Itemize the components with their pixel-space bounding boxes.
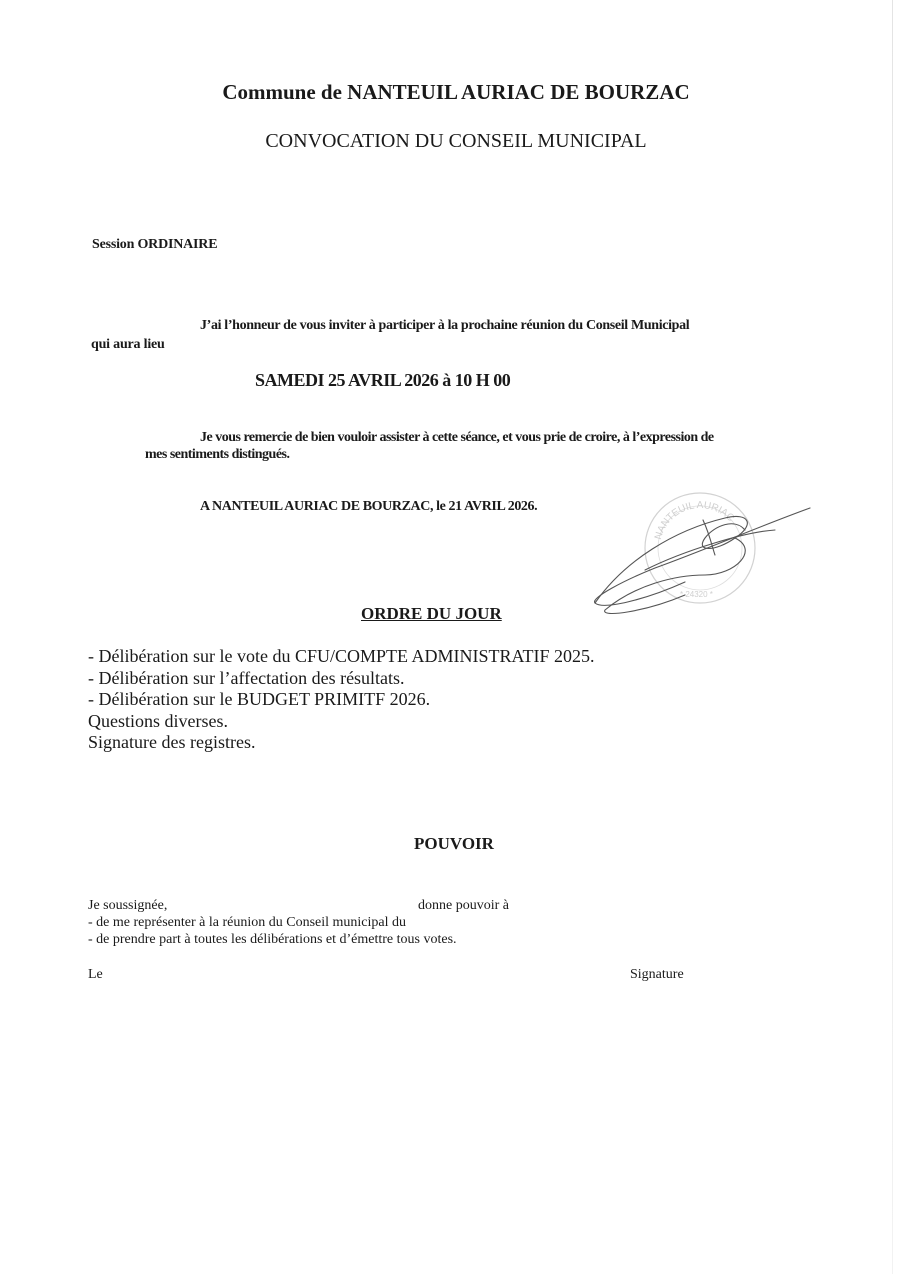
session-type: Session ORDINAIRE [92, 237, 217, 253]
svg-text:NANTEUIL AURIAC: NANTEUIL AURIAC [653, 500, 736, 541]
proxy-clause-2: - de prendre part à toutes les délibérat… [88, 932, 457, 948]
agenda-list: - Délibération sur le vote du CFU/COMPTE… [88, 646, 594, 754]
scan-edge-line [892, 0, 893, 1274]
proxy-signature-label: Signature [630, 967, 684, 983]
proxy-date-label: Le [88, 967, 103, 983]
document-title: CONVOCATION DU CONSEIL MUNICIPAL [0, 130, 900, 153]
agenda-item: - Délibération sur le BUDGET PRIMITF 202… [88, 689, 594, 711]
agenda-item: Questions diverses. [88, 711, 594, 733]
agenda-item: Signature des registres. [88, 732, 594, 754]
agenda-item: - Délibération sur le vote du CFU/COMPTE… [88, 646, 594, 668]
proxy-gives-power-label: donne pouvoir à [418, 898, 509, 914]
commune-heading: Commune de NANTEUIL AURIAC DE BOURZAC [0, 80, 900, 105]
proxy-title: POUVOIR [414, 834, 494, 854]
invitation-line-1: J’ai l’honneur de vous inviter à partici… [200, 318, 689, 334]
place-and-date: A NANTEUIL AURIAC DE BOURZAC, le 21 AVRI… [200, 499, 537, 515]
proxy-undersigned-label: Je soussignée, [88, 898, 167, 914]
closing-line-1: Je vous remercie de bien vouloir assiste… [200, 430, 714, 446]
signature-stamp-icon: NANTEUIL AURIAC * 24320 * [585, 490, 820, 625]
invitation-line-2: qui aura lieu [91, 337, 165, 353]
agenda-item: - Délibération sur l’affectation des rés… [88, 668, 594, 690]
closing-line-2: mes sentiments distingués. [145, 447, 290, 463]
meeting-date: SAMEDI 25 AVRIL 2026 à 10 H 00 [255, 370, 510, 391]
proxy-clause-1: - de me représenter à la réunion du Cons… [88, 915, 406, 931]
agenda-title: ORDRE DU JOUR [361, 604, 502, 624]
